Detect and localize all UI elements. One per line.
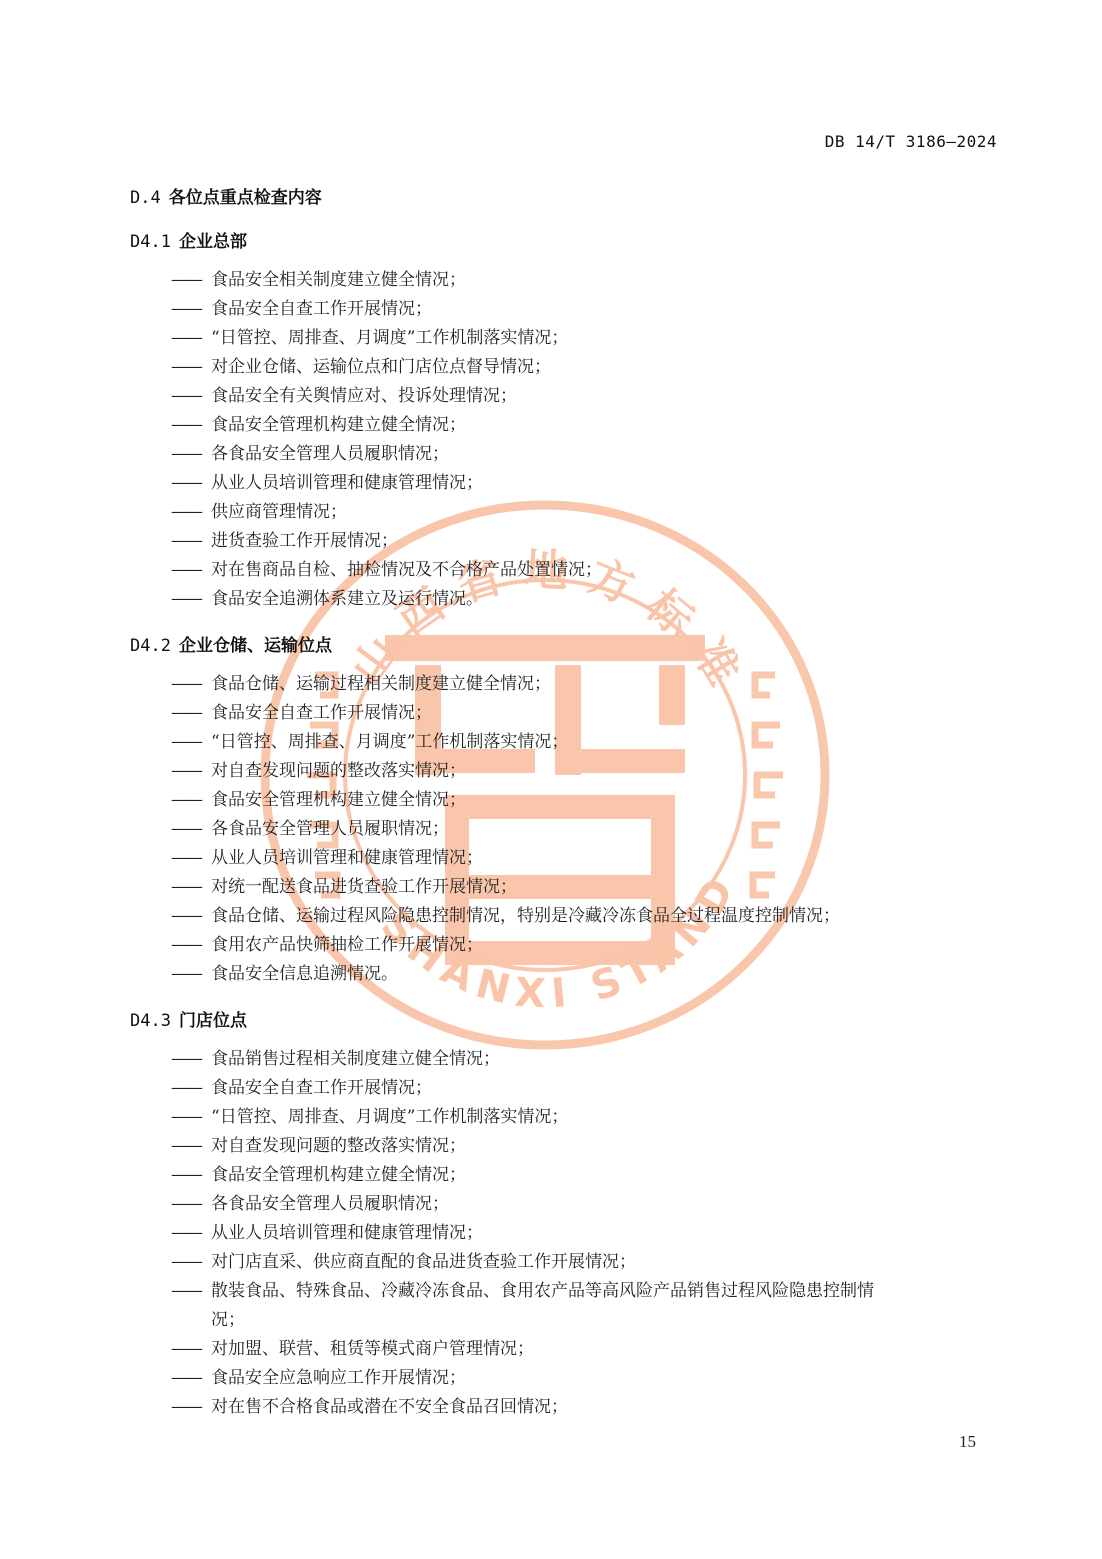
- list-item: ——食品安全应急响应工作开展情况；: [171, 1364, 971, 1393]
- list-item: ——对加盟、联营、租赁等模式商户管理情况；: [171, 1335, 971, 1364]
- list-item: ——对统一配送食品进货查验工作开展情况；: [171, 873, 840, 902]
- page-number: 15: [959, 1432, 976, 1452]
- list-item: ——食品安全管理机构建立健全情况；: [171, 1161, 971, 1190]
- subsection-heading-4-1: D4.1企业总部: [130, 227, 247, 252]
- list-item: ——食品安全追溯体系建立及运行情况。: [171, 585, 602, 614]
- subsection-heading-4-3: D4.3门店位点: [130, 1006, 247, 1031]
- subsection-title: 企业仓储、运输位点: [179, 636, 332, 656]
- list-item: ——对在售不合格食品或潜在不安全食品召回情况；: [171, 1393, 971, 1422]
- subsection-number: D4.1: [130, 232, 171, 252]
- list-item: ——进货查验工作开展情况；: [171, 527, 602, 556]
- document-code: DB 14/T 3186—2024: [825, 132, 997, 151]
- section-number: D.4: [130, 188, 161, 208]
- list-item: ——食品安全信息追溯情况。: [171, 960, 840, 989]
- list-item: ——食品安全管理机构建立健全情况；: [171, 786, 840, 815]
- list-item: ——对在售商品自检、抽检情况及不合格产品处置情况；: [171, 556, 602, 585]
- subsection-number: D4.3: [130, 1011, 171, 1031]
- list-item: ——各食品安全管理人员履职情况；: [171, 815, 840, 844]
- list-item: ——供应商管理情况；: [171, 498, 602, 527]
- list-item: ——食品销售过程相关制度建立健全情况；: [171, 1045, 971, 1074]
- section-heading: D.4各位点重点检查内容: [130, 183, 322, 208]
- list-item: ——食品安全自查工作开展情况；: [171, 295, 602, 324]
- list-item: ——食品仓储、运输过程风险隐患控制情况，特别是冷藏冷冻食品全过程温度控制情况；: [171, 902, 840, 931]
- list-item: ——食品安全自查工作开展情况；: [171, 1074, 971, 1103]
- list-item: ——食品安全管理机构建立健全情况；: [171, 411, 602, 440]
- list-item: ——从业人员培训管理和健康管理情况；: [171, 469, 602, 498]
- list-item: ——食用农产品快筛抽检工作开展情况；: [171, 931, 840, 960]
- checklist-hq: ——食品安全相关制度建立健全情况； ——食品安全自查工作开展情况； ——“日管控…: [171, 266, 602, 614]
- list-item: ——各食品安全管理人员履职情况；: [171, 440, 602, 469]
- list-item: ——“日管控、周排查、月调度”工作机制落实情况；: [171, 324, 602, 353]
- list-item: ——从业人员培训管理和健康管理情况；: [171, 844, 840, 873]
- list-item: ——食品安全有关舆情应对、投诉处理情况；: [171, 382, 602, 411]
- list-item: ——“日管控、周排查、月调度”工作机制落实情况；: [171, 728, 840, 757]
- list-item: ——散装食品、特殊食品、冷藏冷冻食品、食用农产品等高风险产品销售过程风险隐患控制…: [171, 1277, 971, 1335]
- list-item: ——食品仓储、运输过程相关制度建立健全情况；: [171, 670, 840, 699]
- list-item: ——“日管控、周排查、月调度”工作机制落实情况；: [171, 1103, 971, 1132]
- checklist-store: ——食品销售过程相关制度建立健全情况； ——食品安全自查工作开展情况； ——“日…: [171, 1045, 971, 1422]
- list-item: ——食品安全自查工作开展情况；: [171, 699, 840, 728]
- checklist-warehouse-transport: ——食品仓储、运输过程相关制度建立健全情况； ——食品安全自查工作开展情况； —…: [171, 670, 840, 989]
- list-item: ——食品安全相关制度建立健全情况；: [171, 266, 602, 295]
- subsection-heading-4-2: D4.2企业仓储、运输位点: [130, 631, 332, 656]
- list-item: ——对门店直采、供应商直配的食品进货查验工作开展情况；: [171, 1248, 971, 1277]
- subsection-title: 门店位点: [179, 1011, 247, 1031]
- subsection-number: D4.2: [130, 636, 171, 656]
- list-item: ——各食品安全管理人员履职情况；: [171, 1190, 971, 1219]
- list-item: ——对企业仓储、运输位点和门店位点督导情况；: [171, 353, 602, 382]
- list-item: ——对自查发现问题的整改落实情况；: [171, 757, 840, 786]
- section-title: 各位点重点检查内容: [169, 188, 322, 208]
- list-item: ——从业人员培训管理和健康管理情况；: [171, 1219, 971, 1248]
- document-page: 山西省地方标准 SHANXI STANDARD DB 14/T 3186—202…: [0, 0, 1102, 1559]
- list-item: ——对自查发现问题的整改落实情况；: [171, 1132, 971, 1161]
- subsection-title: 企业总部: [179, 232, 247, 252]
